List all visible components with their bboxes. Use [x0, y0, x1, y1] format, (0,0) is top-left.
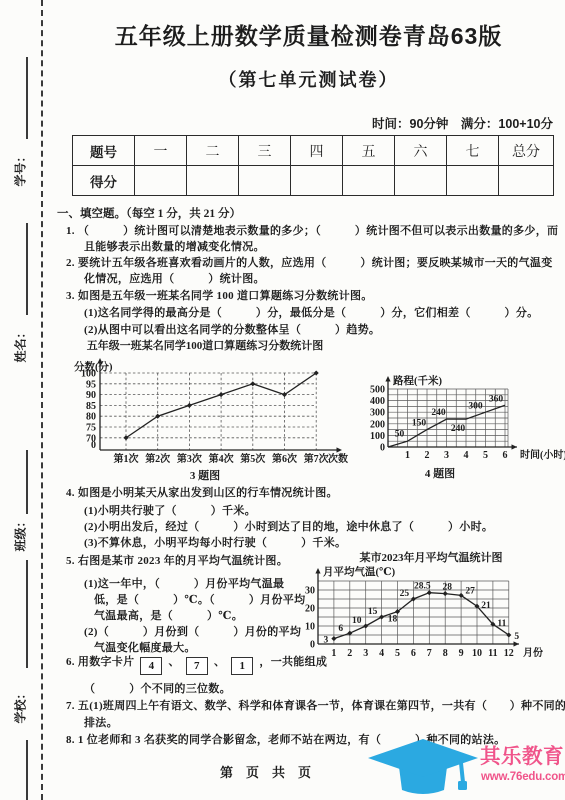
q3-sub-2: (2)从图中可以看出这名同学的分数整体呈（ ）趋势。	[84, 321, 380, 337]
score-col-header: 五	[343, 136, 395, 166]
q6-prefix: 6. 用数字卡片	[66, 656, 134, 668]
svg-text:300: 300	[370, 408, 385, 419]
q7-line-1: 7. 五(1)班周四上午有语文、数学、科学和体育课各一节，体育课在第四节，一共有…	[66, 697, 565, 713]
svg-text:150: 150	[412, 419, 427, 429]
svg-text:50: 50	[395, 430, 405, 440]
svg-text:240: 240	[451, 424, 466, 434]
svg-text:2: 2	[425, 450, 430, 461]
margin-blank-line	[26, 740, 28, 800]
brand-url: www.76edu.com	[481, 771, 565, 783]
score-cell-empty	[447, 166, 499, 196]
svg-text:400: 400	[370, 396, 385, 407]
svg-text:300: 300	[468, 402, 483, 412]
svg-text:100: 100	[370, 431, 385, 442]
score-col-header: 总分	[499, 136, 554, 166]
svg-text:第7次: 第7次	[304, 452, 329, 465]
svg-text:月份: 月份	[523, 646, 543, 659]
svg-text:路程(千米): 路程(千米)	[392, 374, 442, 387]
svg-text:200: 200	[370, 419, 385, 430]
test-paper-page: 学号： 姓名： 班级： 学校： 五年级上册数学质量检测卷青岛63版 （第七单元测…	[0, 0, 565, 800]
svg-text:15: 15	[368, 607, 378, 617]
score-col-header: 七	[447, 136, 499, 166]
score-cell-empty	[499, 166, 554, 196]
svg-text:90: 90	[86, 390, 96, 401]
q4-sub-3: (3)不算休息，小明平均每小时行驶（ ）千米。	[84, 534, 346, 550]
score-cell-empty	[291, 166, 343, 196]
page-title: 五年级上册数学质量检测卷青岛63版	[60, 18, 557, 51]
margin-blank-line	[26, 450, 28, 514]
score-cell-empty	[187, 166, 239, 196]
svg-text:18: 18	[388, 615, 398, 625]
score-cell-empty	[135, 166, 187, 196]
svg-text:6: 6	[411, 648, 416, 659]
svg-text:30: 30	[305, 586, 315, 597]
score-col-header: 一	[135, 136, 187, 166]
q6-separator: 、	[169, 656, 180, 668]
svg-text:27: 27	[465, 586, 475, 596]
q2-line-1: 2. 要统计五年级各班喜欢看动画片的人数，应选用（ ）统计图；要反映某城市一天的…	[66, 254, 553, 270]
svg-text:3: 3	[363, 648, 368, 659]
distance-chart-caption: 4 题图	[350, 465, 530, 481]
brand-logo-text: 其乐教育	[480, 739, 564, 769]
svg-text:7: 7	[427, 648, 432, 659]
q4-line-1: 4. 如图是小明某天从家出发到山区的行车情况统计图。	[66, 484, 338, 500]
svg-text:第6次: 第6次	[272, 452, 297, 465]
svg-text:4: 4	[379, 648, 384, 659]
svg-text:时间(小时): 时间(小时)	[520, 448, 565, 461]
score-col-header: 四	[291, 136, 343, 166]
q6-line-1: 6. 用数字卡片 4 、 7 、 1 ，一共能组成	[66, 653, 327, 675]
margin-blank-line	[26, 223, 28, 315]
svg-text:第5次: 第5次	[240, 452, 265, 465]
svg-text:3: 3	[444, 450, 449, 461]
score-col-header: 六	[395, 136, 447, 166]
q5-line-3: 低，是（ ）℃。（ ）月份平均	[94, 591, 305, 607]
svg-text:11: 11	[497, 619, 506, 629]
margin-label-class: 班级：	[12, 512, 29, 556]
q3-sub-1: (1)这名同学得的最高分是（ ）分，最低分是（ ）分，它们相差（ ）分。	[84, 304, 538, 320]
svg-text:4: 4	[464, 450, 469, 461]
q5-line-4: 气温最高，是（ ）℃。	[94, 607, 243, 623]
svg-text:0: 0	[310, 640, 315, 651]
margin-label-student-no: 学号：	[12, 147, 29, 191]
q4-sub-1: (1)小明共行驶了（ ）千米。	[84, 502, 256, 518]
svg-text:9: 9	[459, 648, 464, 659]
q4-sub-2: (2)小明出发后，经过（ ）小时到达了目的地，途中休息了（ ）小时。	[84, 518, 493, 534]
q6-suffix: ，一共能组成	[259, 656, 327, 668]
seal-dashed-line	[41, 0, 43, 800]
svg-text:25: 25	[400, 589, 410, 599]
svg-text:次数: 次数	[328, 452, 348, 465]
margin-blank-line	[26, 560, 28, 668]
svg-text:240: 240	[431, 408, 446, 418]
svg-text:5: 5	[483, 450, 488, 461]
time-score-meta: 时间：90分钟 满分：100+10分	[60, 114, 553, 132]
svg-text:3: 3	[324, 636, 329, 646]
score-table: 题号 一 二 三 四 五 六 七 总分 得分	[72, 135, 554, 196]
svg-text:0: 0	[380, 443, 385, 454]
score-table-score-row: 得分	[73, 166, 554, 196]
svg-text:10: 10	[472, 648, 482, 659]
page-subtitle: （第七单元测试卷）	[60, 66, 557, 92]
scores-chart-caption: 3 题图	[60, 467, 350, 483]
svg-text:80: 80	[86, 412, 96, 423]
svg-text:10: 10	[352, 616, 362, 626]
q5-line-5: (2)（ ）月份到（ ）月份的平均	[84, 623, 301, 639]
margin-label-name: 姓名：	[12, 323, 29, 367]
digit-card-7: 7	[186, 657, 208, 675]
score-table-header-row: 题号 一 二 三 四 五 六 七 总分	[73, 136, 554, 166]
svg-text:500: 500	[370, 385, 385, 396]
digit-card-1: 1	[231, 657, 253, 675]
distance-time-line-chart: 0100200300400500123456时间(小时)路程(千米)501502…	[350, 370, 565, 465]
section-one-heading: 一、填空题。（每空 1 分，共 21 分）	[57, 205, 241, 221]
svg-text:6: 6	[338, 624, 343, 634]
score-col-header: 二	[187, 136, 239, 166]
practice-scores-line-chart: 0707580859095100第1次第2次第3次第4次第5次第6次第7次次数分…	[60, 350, 360, 468]
svg-text:8: 8	[443, 648, 448, 659]
page-number-text: 第 页 共 页	[220, 762, 311, 781]
graduation-cap-icon	[364, 737, 482, 797]
q1-line-1: 1. （ ）统计图可以清楚地表示数量的多少；（ ）统计图不但可以表示出数量的多少…	[66, 222, 558, 238]
q7-line-2: 排法。	[84, 714, 118, 730]
score-col-header: 三	[239, 136, 291, 166]
svg-text:10: 10	[305, 622, 315, 633]
margin-label-school: 学校：	[12, 684, 29, 728]
score-cell-empty	[239, 166, 291, 196]
q5-line-1: 5. 右图是某市 2023 年的月平均气温统计图。	[66, 552, 288, 568]
q6-separator: 、	[214, 656, 225, 668]
svg-text:28.5: 28.5	[414, 582, 431, 592]
svg-text:70: 70	[86, 433, 96, 444]
q1-line-2: 且能够表示出数量的增减变化情况。	[84, 238, 265, 254]
svg-text:第2次: 第2次	[145, 452, 170, 465]
temperature-line-chart: 0102030123456789101112月份月平均气温(℃)36101518…	[297, 562, 565, 662]
svg-text:6: 6	[503, 450, 508, 461]
svg-text:360: 360	[489, 395, 504, 405]
q2-line-2: 化情况，应选用（ ）统计图。	[84, 270, 265, 286]
svg-text:5: 5	[395, 648, 400, 659]
digit-card-4: 4	[140, 657, 162, 675]
svg-text:第3次: 第3次	[177, 452, 202, 465]
svg-text:11: 11	[488, 648, 497, 659]
score-row-label: 得分	[73, 166, 135, 196]
margin-blank-line	[26, 57, 28, 139]
svg-text:20: 20	[305, 604, 315, 615]
svg-text:第1次: 第1次	[114, 452, 139, 465]
svg-text:75: 75	[86, 423, 96, 434]
svg-text:2: 2	[347, 648, 352, 659]
score-cell-empty	[395, 166, 447, 196]
svg-text:12: 12	[504, 648, 514, 659]
svg-text:1: 1	[405, 450, 410, 461]
q5-line-2: (1)这一年中，（ ）月份平均气温最	[84, 575, 284, 591]
svg-text:分数(分): 分数(分)	[73, 360, 113, 373]
svg-text:21: 21	[481, 601, 491, 611]
svg-text:85: 85	[86, 401, 96, 412]
svg-text:28: 28	[442, 583, 452, 593]
q3-line-1: 3. 如图是五年级一班某名同学 100 道口算题练习分数统计图。	[66, 287, 373, 303]
svg-text:月平均气温(℃): 月平均气温(℃)	[323, 565, 396, 578]
q6-line-2: （ ）个不同的三位数。	[84, 680, 231, 696]
score-cell-empty	[343, 166, 395, 196]
score-col-header: 题号	[73, 136, 135, 166]
svg-text:95: 95	[86, 379, 96, 390]
svg-text:第4次: 第4次	[209, 452, 234, 465]
svg-text:1: 1	[331, 648, 336, 659]
svg-text:5: 5	[514, 632, 519, 642]
